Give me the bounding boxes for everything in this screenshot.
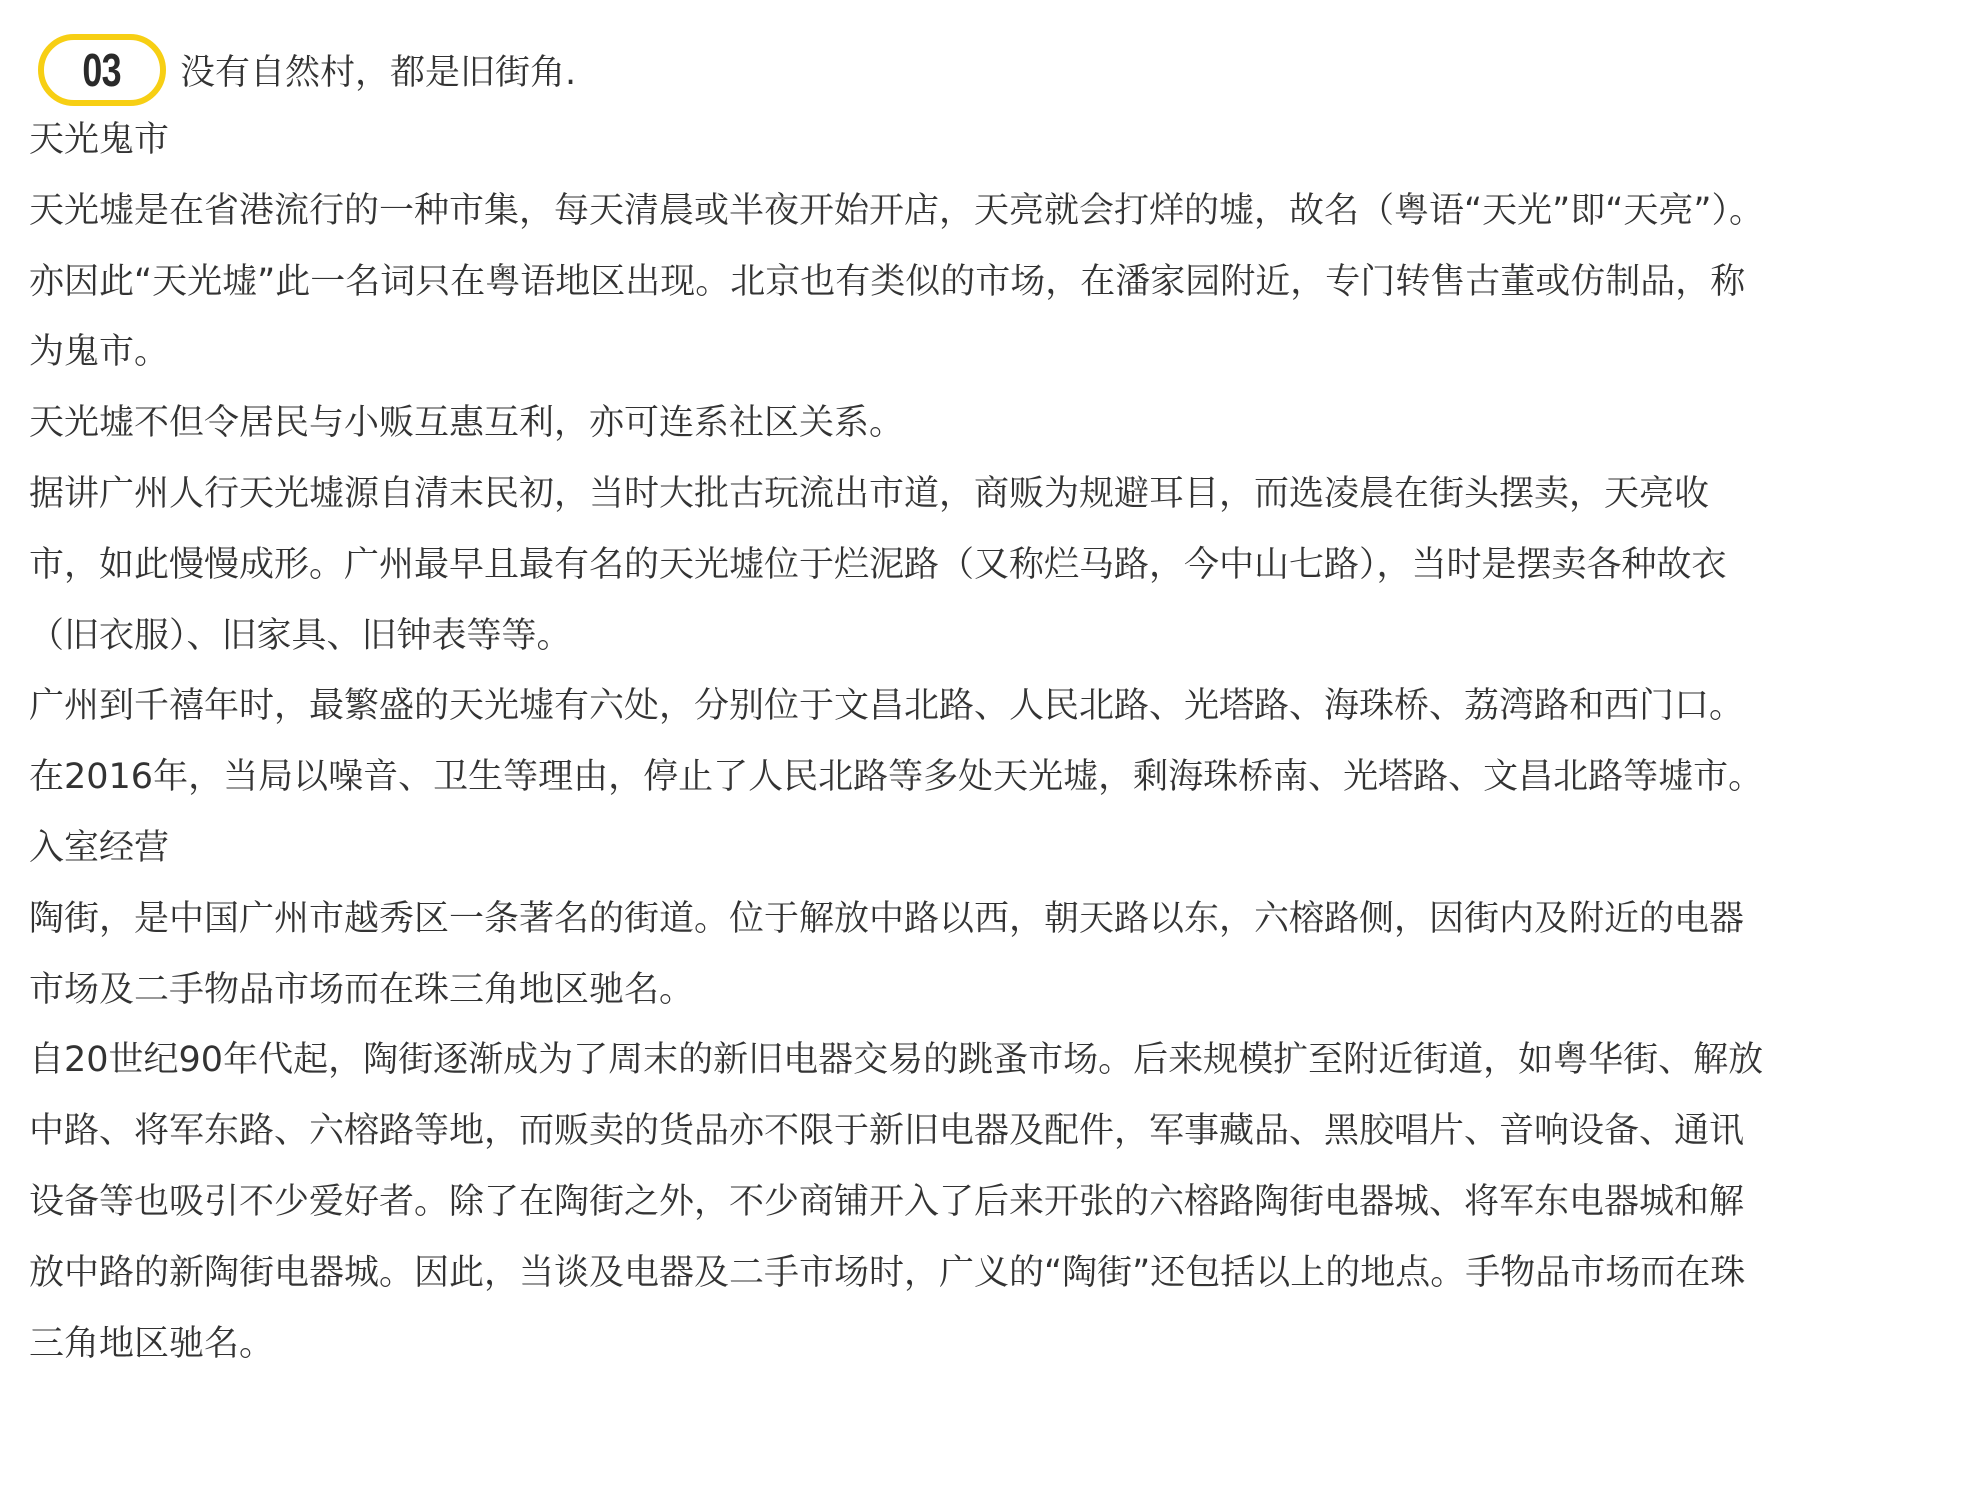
- paragraph-line: 中路、将军东路、六榕路等地，而贩卖的货品亦不限于新旧电器及配件，军事藏品、黑胶唱…: [29, 1096, 1969, 1167]
- paragraph-line: （旧衣服）、旧家具、旧钟表等等。: [29, 601, 1969, 672]
- paragraph-line: 亦因此“天光墟”此一名词只在粤语地区出现。北京也有类似的市场，在潘家园附近，专门…: [29, 247, 1969, 318]
- paragraph-line: 在2016年，当局以噪音、卫生等理由，停止了人民北路等多处天光墟，剩海珠桥南、光…: [29, 742, 1969, 813]
- section-title: 没有自然村，都是旧街角.: [180, 45, 576, 95]
- paragraph-line: 天光墟不但令居民与小贩互惠互利，亦可连系社区关系。: [29, 388, 1969, 459]
- paragraph-line: 自20世纪90年代起，陶街逐渐成为了周末的新旧电器交易的跳蚤市场。后来规模扩至附…: [29, 1025, 1969, 1096]
- section-heading: 03 没有自然村，都是旧街角.: [29, 34, 1969, 105]
- paragraph-line: 放中路的新陶街电器城。因此，当谈及电器及二手市场时，广义的“陶街”还包括以上的地…: [29, 1238, 1969, 1309]
- paragraph-line: 市场及二手物品市场而在珠三角地区驰名。: [29, 955, 1969, 1026]
- paragraph-line: 广州到千禧年时，最繁盛的天光墟有六处，分别位于文昌北路、人民北路、光塔路、海珠桥…: [29, 671, 1969, 742]
- paragraph-line: 市，如此慢慢成形。广州最早且最有名的天光墟位于烂泥路（又称烂马路，今中山七路），…: [29, 530, 1969, 601]
- subheading-indoor-business: 入室经营: [29, 813, 1969, 884]
- subheading-tianguang-ghost-market: 天光鬼市: [29, 105, 1969, 176]
- paragraph-line: 陶街，是中国广州市越秀区一条著名的街道。位于解放中路以西，朝天路以东，六榕路侧，…: [29, 884, 1969, 955]
- section-number-badge: 03: [38, 34, 166, 106]
- document-body: 03 没有自然村，都是旧街角. 天光鬼市 天光墟是在省港流行的一种市集，每天清晨…: [29, 34, 1969, 1379]
- section-number: 03: [83, 43, 121, 97]
- paragraph-line: 为鬼市。: [29, 317, 1969, 388]
- paragraph-line: 设备等也吸引不少爱好者。除了在陶街之外，不少商铺开入了后来开张的六榕路陶街电器城…: [29, 1167, 1969, 1238]
- paragraph-line: 三角地区驰名。: [29, 1309, 1969, 1380]
- paragraph-line: 据讲广州人行天光墟源自清末民初，当时大批古玩流出市道，商贩为规避耳目，而选凌晨在…: [29, 459, 1969, 530]
- paragraph-line: 天光墟是在省港流行的一种市集，每天清晨或半夜开始开店，天亮就会打烊的墟，故名（粤…: [29, 176, 1969, 247]
